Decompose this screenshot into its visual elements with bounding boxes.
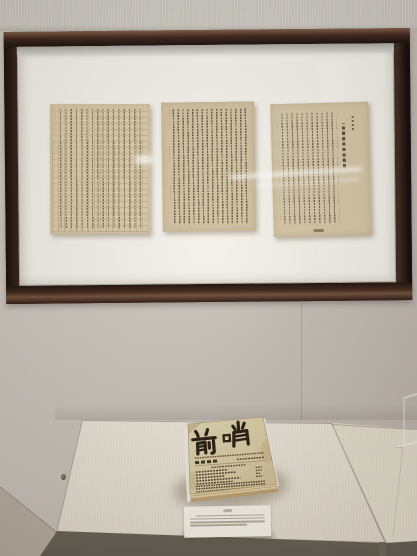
label-card-title: 《前哨》 — [184, 508, 271, 514]
wall-sensor-dot — [61, 474, 66, 480]
label-card: 《前哨》 — [184, 505, 272, 538]
manuscript-title-column — [341, 123, 346, 167]
picture-frame — [4, 28, 413, 304]
frame-mat — [17, 43, 396, 286]
manuscript-page-1 — [50, 104, 150, 234]
acrylic-stand — [385, 390, 417, 540]
label-card-text-line — [190, 524, 247, 527]
pedestal-gap — [379, 542, 386, 556]
label-card-text-line — [196, 514, 265, 517]
wall-fabric-band — [0, 0, 417, 31]
manuscript-side-note — [352, 114, 354, 130]
manuscript-page-2 — [161, 101, 256, 231]
wall-seam — [301, 303, 302, 420]
frame-right-member — [394, 43, 412, 282]
glass-reflection-top — [17, 43, 394, 58]
glass-glare-spot — [135, 156, 153, 164]
label-card-text-line — [190, 520, 265, 523]
displayed-book — [180, 413, 280, 508]
museum-exhibit-photo: 前哨 《前哨》 — [0, 0, 417, 556]
